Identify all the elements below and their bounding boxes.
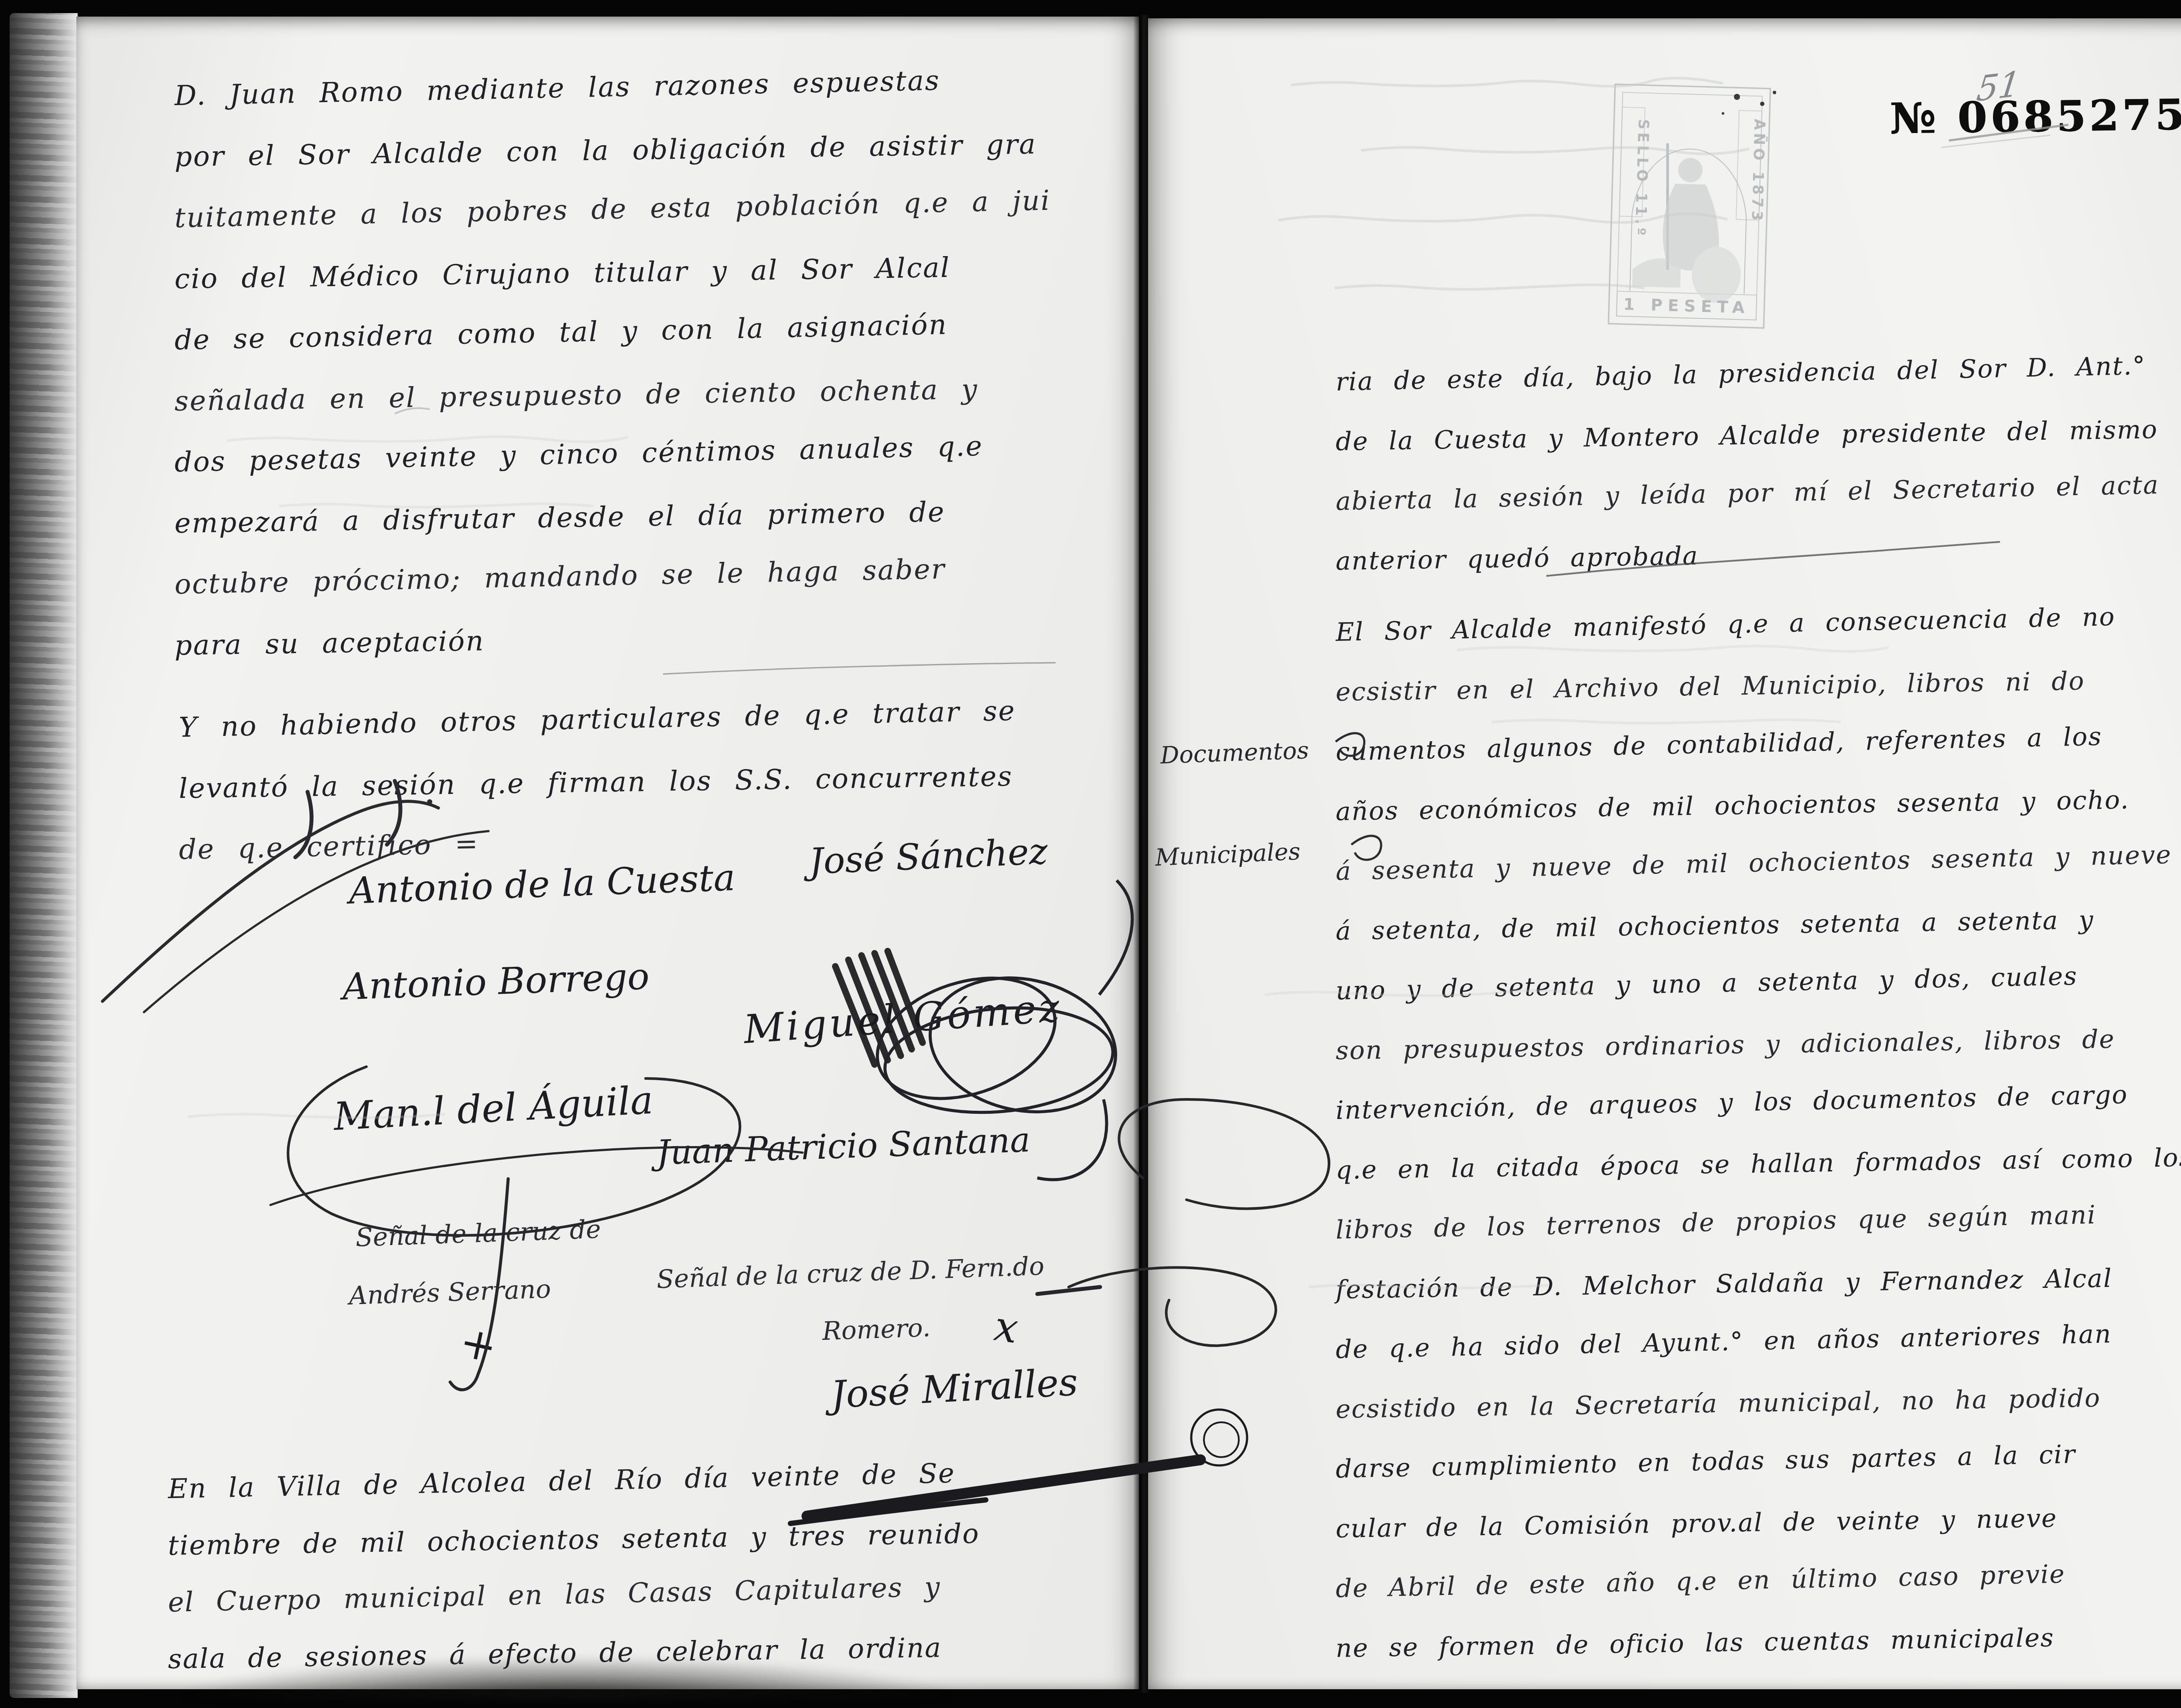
manuscript-line: El Sor Alcalde manifestó q.e a consecuen… xyxy=(1335,585,2181,662)
signature-jose-miralles: José Miralles xyxy=(830,1360,1079,1417)
manuscript-book-scan: D. Juan Romo mediante las razones espues… xyxy=(0,0,2181,1708)
seal-bottom-label: 1 PESETA xyxy=(1623,295,1750,317)
signature-miguel-gomez: Miguel Gómez xyxy=(742,985,1063,1053)
right-page: 51 № 0685275 SELLO 11.º AÑO 1873 xyxy=(1148,18,2181,1689)
manuscript-line: ria de este día, bajo la presidencia del… xyxy=(1335,335,2181,412)
seal-left-label: SELLO 11.º xyxy=(1632,119,1652,239)
left-paragraph-1: D. Juan Romo mediante las razones espues… xyxy=(174,65,1051,676)
manuscript-line: En la Villa de Alcolea del Río día veint… xyxy=(168,1444,980,1517)
bottom-ink-smudge xyxy=(183,1657,951,1699)
seal-right-label: AÑO 1873 xyxy=(1748,119,1769,224)
right-paragraph: ria de este día, bajo la presidencia del… xyxy=(1336,352,2181,1678)
cross-caption: Andrés Serrano xyxy=(349,1274,551,1311)
manuscript-line: ne se formen de oficio las cuentas munic… xyxy=(1335,1606,2181,1678)
signature-juan-patricio-santana: Juan Patricio Santana xyxy=(656,1120,1031,1173)
cross-caption: Romero. xyxy=(822,1313,931,1346)
margin-note-line1: Documentos xyxy=(1160,736,1309,769)
signature-antonio-borrego: Antonio Borrego xyxy=(342,955,650,1008)
manuscript-line: D. Juan Romo mediante las razones espues… xyxy=(174,48,1051,127)
serial-number-stamp: № 0685275 xyxy=(1889,89,2181,144)
cross-caption: Señal de la cruz de xyxy=(355,1214,601,1253)
cross-caption: Señal de la cruz de D. Fern.do xyxy=(656,1251,1045,1294)
margin-note-line2: Municipales xyxy=(1155,838,1301,871)
manuscript-line: anterior quedó aprobada xyxy=(1335,519,2181,591)
revenue-stamp-1-peseta-icon: SELLO 11.º AÑO 1873 1 PESETA xyxy=(1605,81,1774,332)
manuscript-line: Y no habiendo otros particulares de q.e … xyxy=(178,681,1016,758)
cross-mark-icon: + xyxy=(455,1316,502,1373)
manuscript-line: para su aceptación xyxy=(174,602,1051,676)
cross-mark-icon: x xyxy=(991,1302,1021,1353)
page-edge-texture-left xyxy=(10,13,78,1698)
signature-manuel-del-aguila: Man.l del Águila xyxy=(332,1078,654,1139)
left-page: D. Juan Romo mediante las razones espues… xyxy=(76,17,1139,1689)
left-closing-paragraph: En la Villa de Alcolea del Río día veint… xyxy=(168,1461,980,1687)
